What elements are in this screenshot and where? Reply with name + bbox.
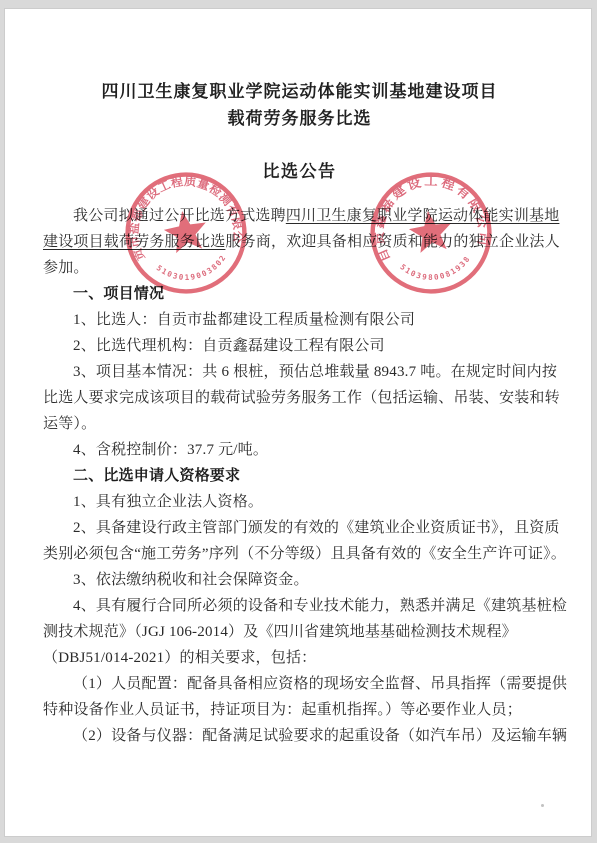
scan-speck [541,804,544,807]
document-line: 3、依法缴纳税收和社会保障资金。 [43,567,556,593]
document-line: 特种设备作业人员证书，持证项目为：起重机指挥。）等必要作业人员； [43,697,556,723]
document-line: 4、含税控制价：37.7 元/吨。 [43,437,556,463]
document-line: 比选人要求完成该项目的载荷试验劳务服务工作（包括运输、吊装、安装和转 [43,385,556,411]
document-title-line1: 四川卫生康复职业学院运动体能实训基地建设项目 [43,78,556,105]
text-segment: 3、依法缴纳税收和社会保障资金。 [73,572,309,588]
document-content: 四川卫生康复职业学院运动体能实训基地建设项目 载荷劳务服务比选 比选公告 我公司… [5,9,591,749]
document-line: 二、比选申请人资格要求 [43,463,556,489]
document-line: （2）设备与仪器：配备满足试验要求的起重设备（如汽车吊）及运输车辆 [43,723,556,749]
document-line: 3、项目基本情况：共 6 根桩，预估总堆载量 8943.7 吨。在规定时间内按 [43,359,556,385]
text-segment: 类别必须包含“施工劳务”序列（不分等级）且具备有效的《安全生产许可证》。 [43,546,566,562]
document-line: （1）人员配置：配备具备相应资格的现场安全监督、吊具指挥（需要提供 [43,671,556,697]
text-segment: 1、具有独立企业法人资格。 [73,494,263,510]
text-segment: 参加。 [43,260,89,276]
text-segment: 比选人要求完成该项目的载荷试验劳务服务工作（包括运输、吊装、安装和转 [43,390,560,406]
document-line: 2、比选代理机构：自贡鑫磊建设工程有限公司 [43,333,556,359]
text-segment: 测技术规范》（JGJ 106-2014）及《四川省建筑地基基础检测技术规程》 [43,624,517,640]
text-segment: （2）设备与仪器：配备满足试验要求的起重设备（如汽车吊）及运输车辆 [73,728,567,744]
seal-star-icon [161,207,210,254]
document-line: 1、具有独立企业法人资格。 [43,489,556,515]
document-line: 1、比选人：自贡市盐都建设工程质量检测有限公司 [43,307,556,333]
document-line: （DBJ51/014-2021）的相关要求，包括： [43,645,556,671]
text-segment: 4、具有履行合同所必须的设备和专业技术能力，熟悉并满足《建筑基桩检 [73,598,567,614]
text-segment: 3、项目基本情况：共 6 根桩，预估总堆载量 8943.7 吨。在规定时间内按 [73,364,557,380]
document-line: 类别必须包含“施工劳务”序列（不分等级）且具备有效的《安全生产许可证》。 [43,541,556,567]
document-line: 2、具备建设行政主管部门颁发的有效的《建筑业企业资质证书》，且资质 [43,515,556,541]
text-segment: 运等）。 [43,416,96,432]
document-line: 测技术规范》（JGJ 106-2014）及《四川省建筑地基基础检测技术规程》 [43,619,556,645]
text-segment: 2、具备建设行政主管部门颁发的有效的《建筑业企业资质证书》，且资质 [73,520,560,536]
document-line: 4、具有履行合同所必须的设备和专业技术能力，熟悉并满足《建筑基桩检 [43,593,556,619]
text-segment: 1、比选人：自贡市盐都建设工程质量检测有限公司 [73,312,415,328]
document-line: 运等）。 [43,411,556,437]
text-segment: 2、比选代理机构：自贡鑫磊建设工程有限公司 [73,338,385,354]
document-page: 四川卫生康复职业学院运动体能实训基地建设项目 载荷劳务服务比选 比选公告 我公司… [4,8,592,837]
text-segment: 二、比选申请人资格要求 [73,467,240,484]
text-segment: （DBJ51/014-2021）的相关要求，包括： [43,650,316,666]
text-segment: （1）人员配置：配备具备相应资格的现场安全监督、吊具指挥（需要提供 [73,676,567,692]
official-seal-bid-inviter: 自贡市盐都建设工程质量检测有限公司 5103019003802 [112,159,260,307]
official-seal-agency: 自贡鑫磊建设工程有限公司 5103980081938 [359,161,504,306]
document-title-line2: 载荷劳务服务比选 [43,105,556,132]
text-segment: 4、含税控制价：37.7 元/吨。 [73,442,268,458]
text-segment: 特种设备作业人员证书，持证项目为：起重机指挥。）等必要作业人员； [43,702,522,718]
seal-star-icon [407,208,455,254]
